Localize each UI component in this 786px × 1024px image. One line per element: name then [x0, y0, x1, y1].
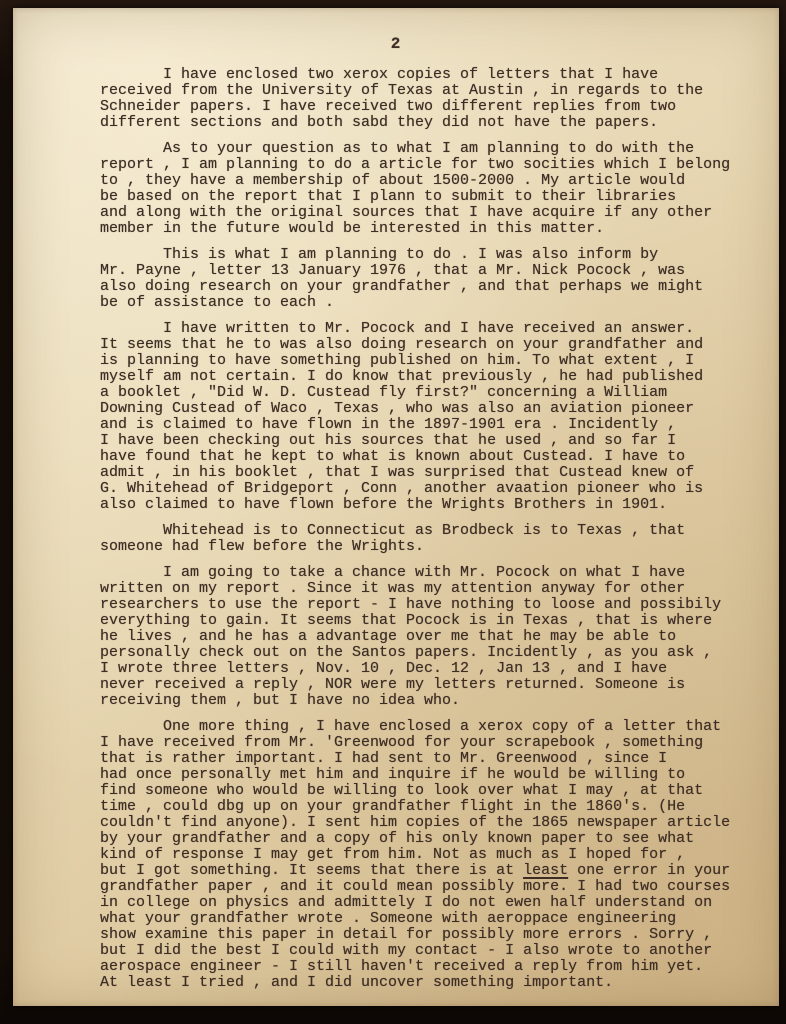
paragraph: Whitehead is to Connecticut as Brodbeck …	[100, 523, 743, 555]
paragraph: One more thing , I have enclosed a xerox…	[100, 719, 743, 991]
text-run: I am going to take a chance with Mr. Poc…	[100, 564, 721, 709]
paragraph: I have written to Mr. Pocock and I have …	[100, 321, 743, 513]
scan-background: 2 I have enclosed two xerox copies of le…	[0, 0, 786, 1024]
paragraph: This is what I am planning to do . I was…	[100, 247, 743, 311]
text-run: I have enclosed two xerox copies of lett…	[100, 66, 703, 131]
letter-page: 2 I have enclosed two xerox copies of le…	[13, 8, 779, 1006]
underlined-text: least	[523, 862, 568, 879]
text-run: I have written to Mr. Pocock and I have …	[100, 320, 703, 513]
paragraph: I have enclosed two xerox copies of lett…	[100, 67, 743, 131]
paragraph: As to your question as to what I am plan…	[100, 141, 743, 237]
page-number: 2	[13, 35, 779, 54]
paragraph: I am going to take a chance with Mr. Poc…	[100, 565, 743, 709]
text-run: one error in your grandfather paper , an…	[100, 862, 730, 991]
text-run: This is what I am planning to do . I was…	[100, 246, 703, 311]
text-run: Whitehead is to Connecticut as Brodbeck …	[100, 522, 685, 555]
text-run: One more thing , I have enclosed a xerox…	[100, 718, 730, 879]
text-run: As to your question as to what I am plan…	[100, 140, 730, 237]
letter-body: I have enclosed two xerox copies of lett…	[13, 67, 779, 991]
